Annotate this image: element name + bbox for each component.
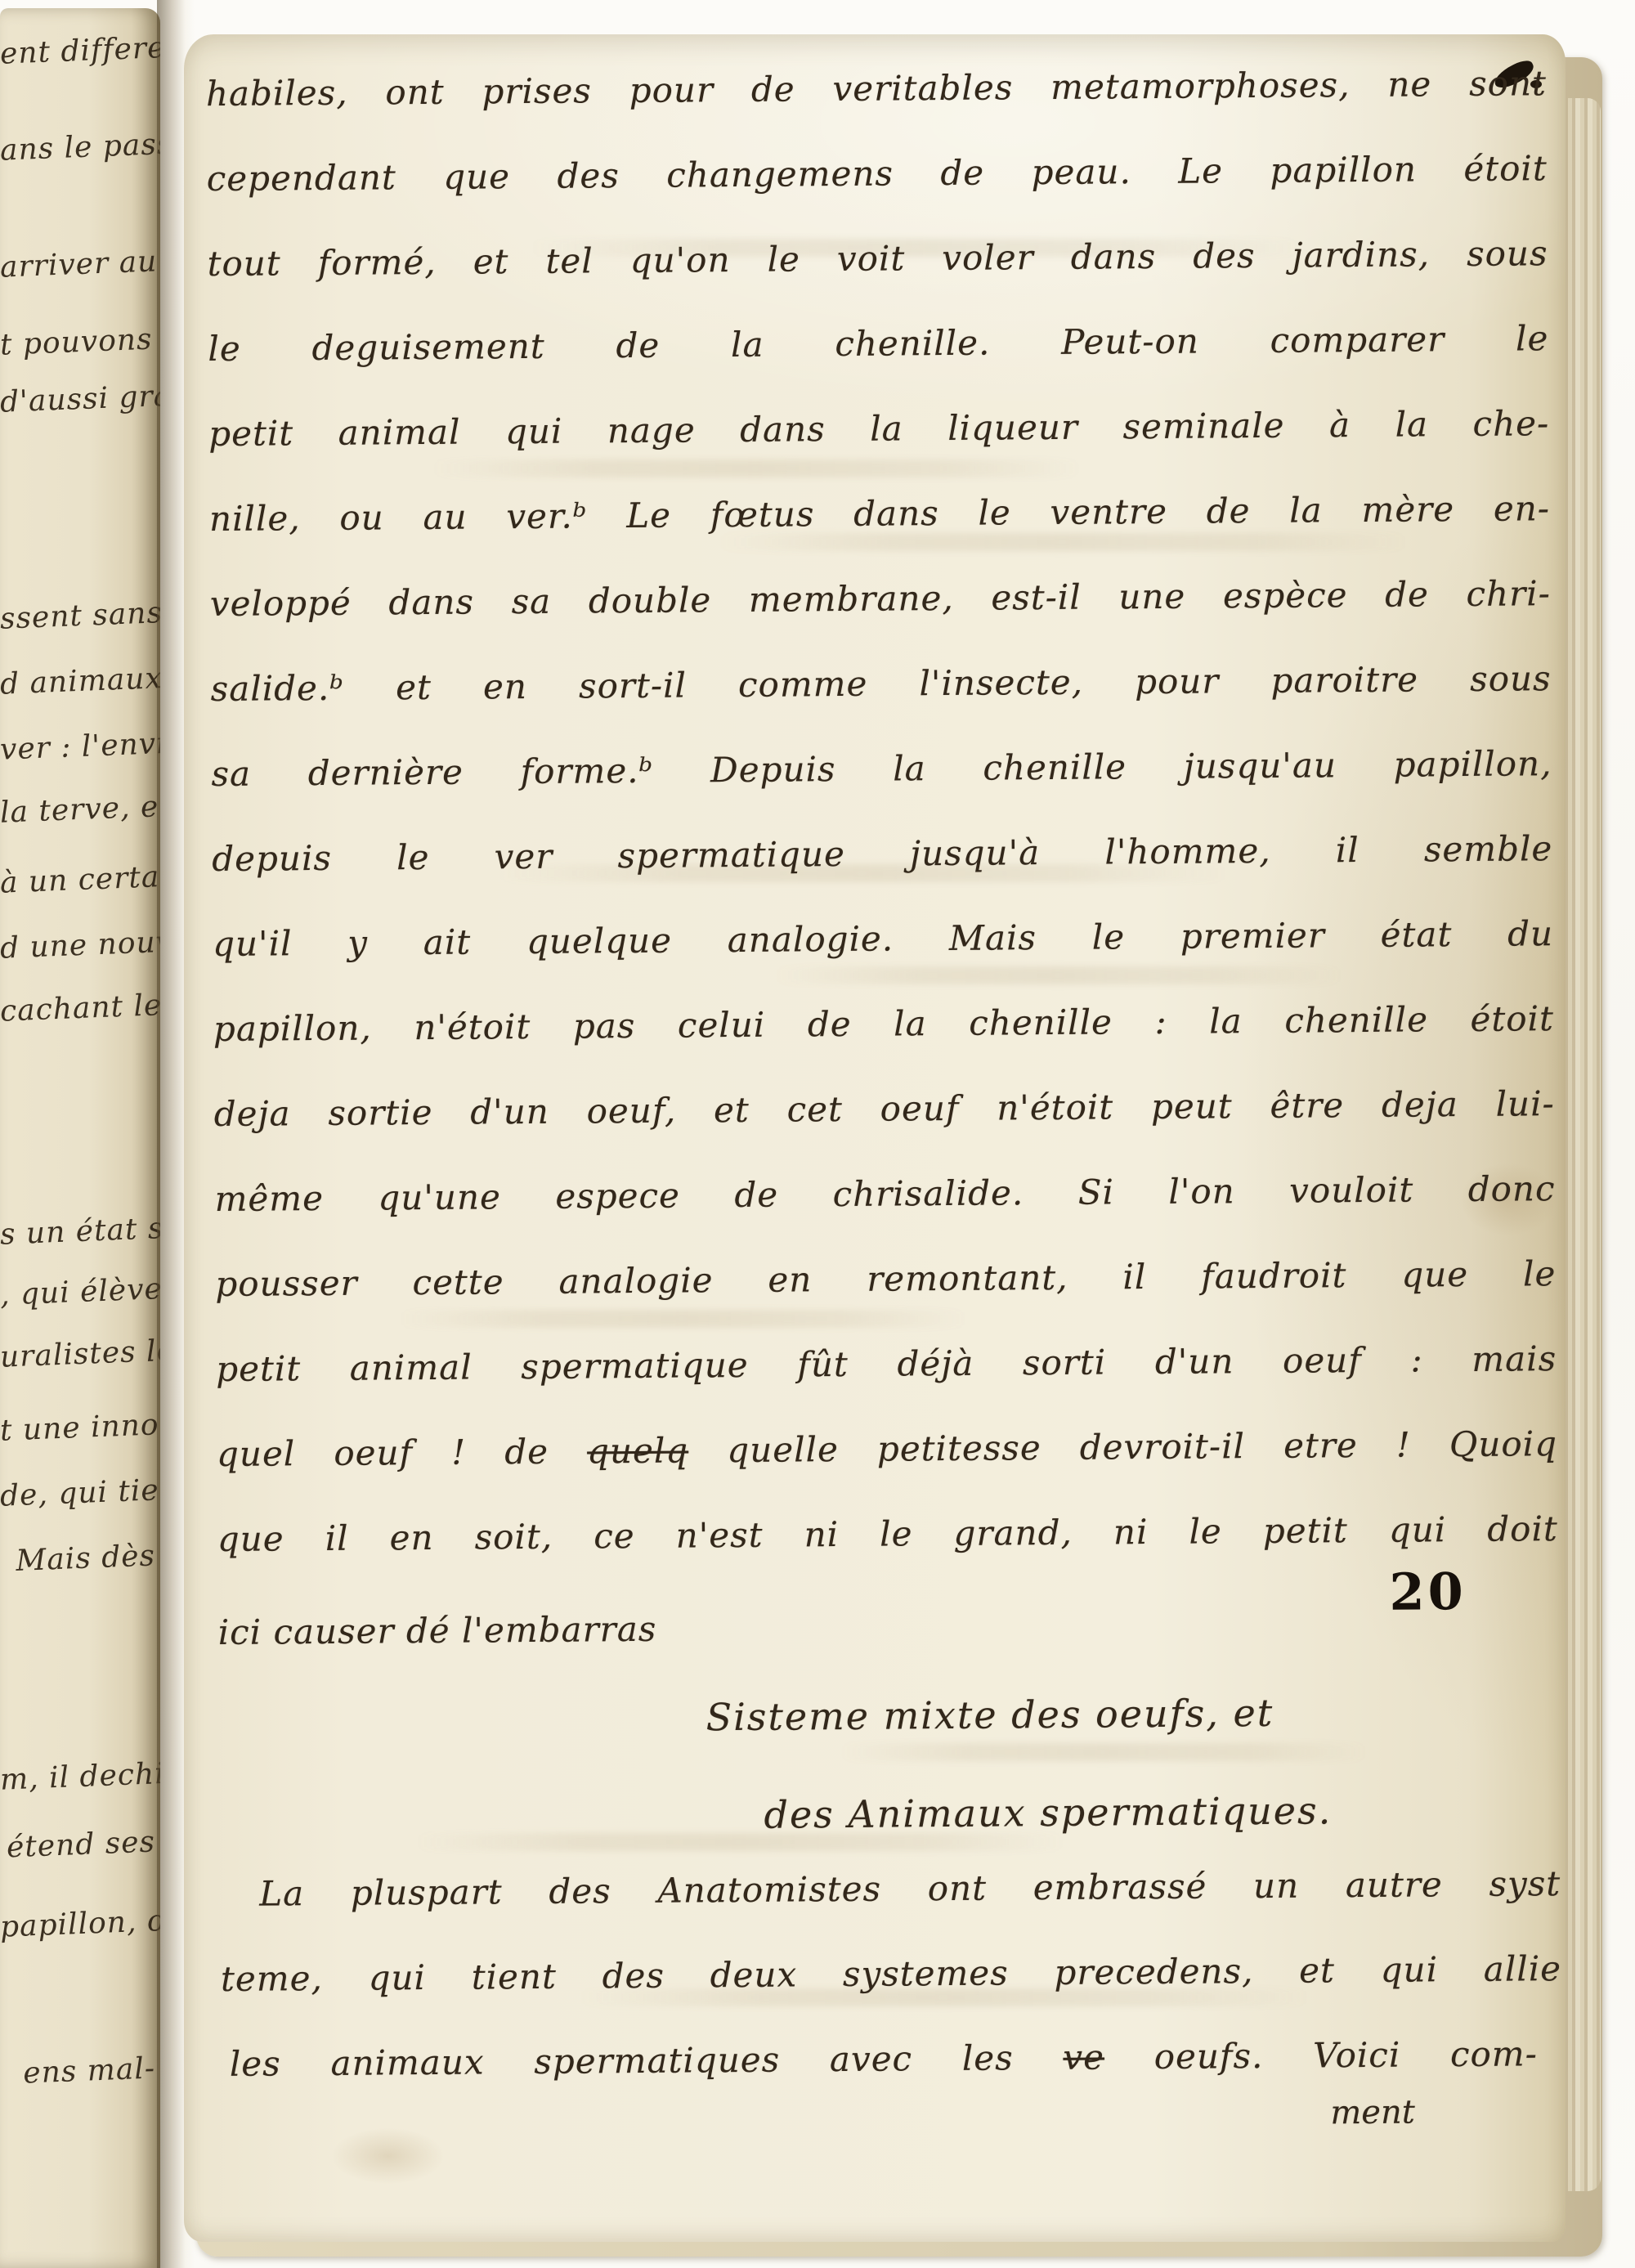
handwriting-layer: habiles, ont prises pour de veritables m…	[0, 0, 1635, 2268]
manuscript-line: depuis le ver spermatique jusqu'à l'homm…	[212, 828, 1552, 880]
manuscript-line: les animaux spermatiques avec les ve oeu…	[230, 2033, 1538, 2084]
page-number: 20	[1389, 1562, 1467, 1622]
manuscript-line: cependant que des changemens de peau. Le…	[207, 148, 1548, 199]
manuscript-line: La pluspart des Anatomistes ont embrassé…	[259, 1863, 1561, 1914]
manuscript-line: petit animal spermatique fût déjà sorti …	[216, 1338, 1557, 1390]
manuscript-line: le deguisement de la chenille. Peut-on c…	[208, 318, 1548, 370]
manuscript-line: quel oeuf ! de quelq quelle petitesse de…	[217, 1423, 1557, 1475]
manuscript-line: teme, qui tient des deux systemes preced…	[221, 1948, 1561, 1999]
manuscript-line: que il en soit, ce n'est ni le grand, ni…	[217, 1508, 1558, 1560]
manuscript-line: habiles, ont prises pour de veritables m…	[206, 63, 1547, 114]
manuscript-line: pousser cette analogie en remontant, il …	[215, 1253, 1556, 1305]
section-heading-line-1: Sisteme mixte des oeufs, et	[706, 1691, 1274, 1739]
manuscript-line: qu'il y ait quelque analogie. Mais le pr…	[213, 913, 1553, 965]
paragraph-text-block: La pluspart des Anatomistes ont embrassé…	[0, 0, 1634, 2]
section-heading-line-2: des Animaux spermatiques.	[764, 1788, 1332, 1836]
body-text-block: habiles, ont prises pour de veritables m…	[0, 0, 1634, 2]
manuscript-scan: ent differenans le passaarriver aut pouv…	[0, 0, 1635, 2268]
manuscript-line: ici causer dé l'embarras	[218, 1602, 1559, 1653]
manuscript-line: veloppé dans sa double membrane, est-il …	[210, 573, 1551, 625]
catchword: ment	[1330, 2094, 1415, 2132]
manuscript-line: salide.ᵇ et en sort-il comme l'insecte, …	[210, 658, 1551, 710]
manuscript-line: sa dernière forme.ᵇ Depuis la chenille j…	[211, 743, 1552, 795]
manuscript-line: tout formé, et tel qu'on le voit voler d…	[207, 233, 1548, 285]
manuscript-line: petit animal qui nage dans la liqueur se…	[208, 403, 1549, 455]
manuscript-line: papillon, n'étoit pas celui de la chenil…	[213, 998, 1554, 1050]
manuscript-line: même qu'une espece de chrisalide. Si l'o…	[214, 1168, 1555, 1220]
manuscript-line: deja sortie d'un oeuf, et cet oeuf n'éto…	[214, 1083, 1555, 1135]
manuscript-line: nille, ou au ver.ᵇ Le fœtus dans le vent…	[209, 488, 1550, 540]
